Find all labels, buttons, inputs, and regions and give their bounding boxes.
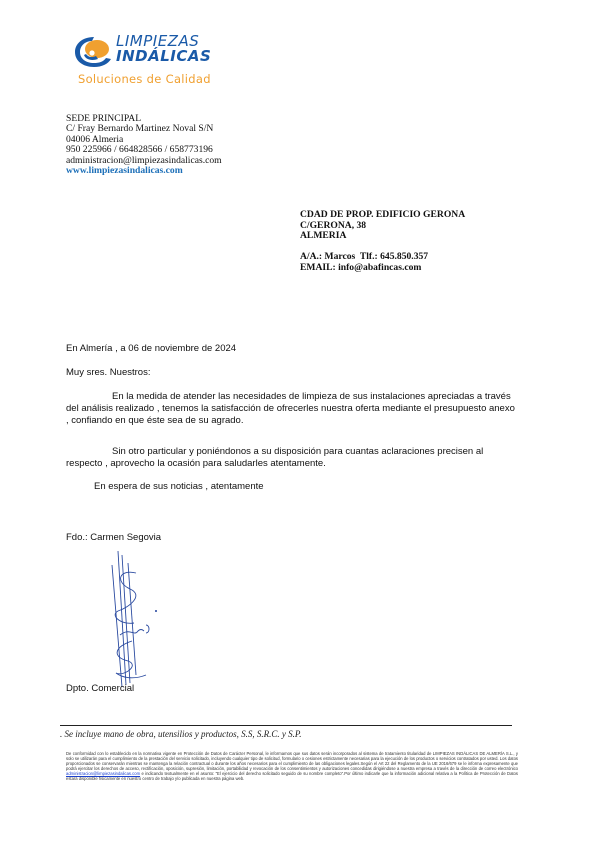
signer-name: Fdo.: Carmen Segovia <box>66 532 161 544</box>
paragraph-1: En la medida de atender las necesidades … <box>66 391 516 427</box>
department: Dpto. Comercial <box>66 683 134 695</box>
paragraph-2: Sin otro particular y poniéndonos a su d… <box>66 446 516 470</box>
paragraph-1-text: En la medida de atender las necesidades … <box>66 391 515 426</box>
date-line: En Almería , a 06 de noviembre de 2024 <box>66 343 236 355</box>
paragraph-2-text: Sin otro particular y poniéndonos a su d… <box>66 446 483 469</box>
recipient-name: CDAD DE PROP. EDIFICIO GERONA <box>300 210 465 221</box>
footer-divider <box>60 725 512 726</box>
recipient-block: CDAD DE PROP. EDIFICIO GERONA C/GERONA, … <box>300 210 465 273</box>
sender-block: SEDE PRINCIPAL C/ Fray Bernardo Martinez… <box>66 114 222 176</box>
legal-text-part1: De conformidad con lo establecido en la … <box>66 751 518 771</box>
footer-note: . Se incluye mano de obra, utensilios y … <box>60 729 301 739</box>
recipient-attention: A/A.: Marcos Tlf.: 645.850.357 <box>300 252 465 263</box>
salutation: Muy sres. Nuestros: <box>66 367 150 379</box>
logo-mark-icon <box>72 34 116 70</box>
company-logo: LIMPIEZAS INDÁLICAS Soluciones de Calida… <box>72 28 242 88</box>
privacy-legal-notice: De conformidad con lo establecido en la … <box>66 751 518 781</box>
sender-website-link[interactable]: www.limpiezasindalicas.com <box>66 166 222 176</box>
logo-tagline: Soluciones de Calidad <box>78 72 211 86</box>
logo-name-line2: INDÁLICAS <box>116 49 211 64</box>
recipient-city: ALMERIA <box>300 231 465 242</box>
recipient-email: EMAIL: info@abafincas.com <box>300 263 465 274</box>
handwritten-signature-icon <box>100 545 170 690</box>
closing-line: En espera de sus noticias , atentamente <box>94 481 264 493</box>
